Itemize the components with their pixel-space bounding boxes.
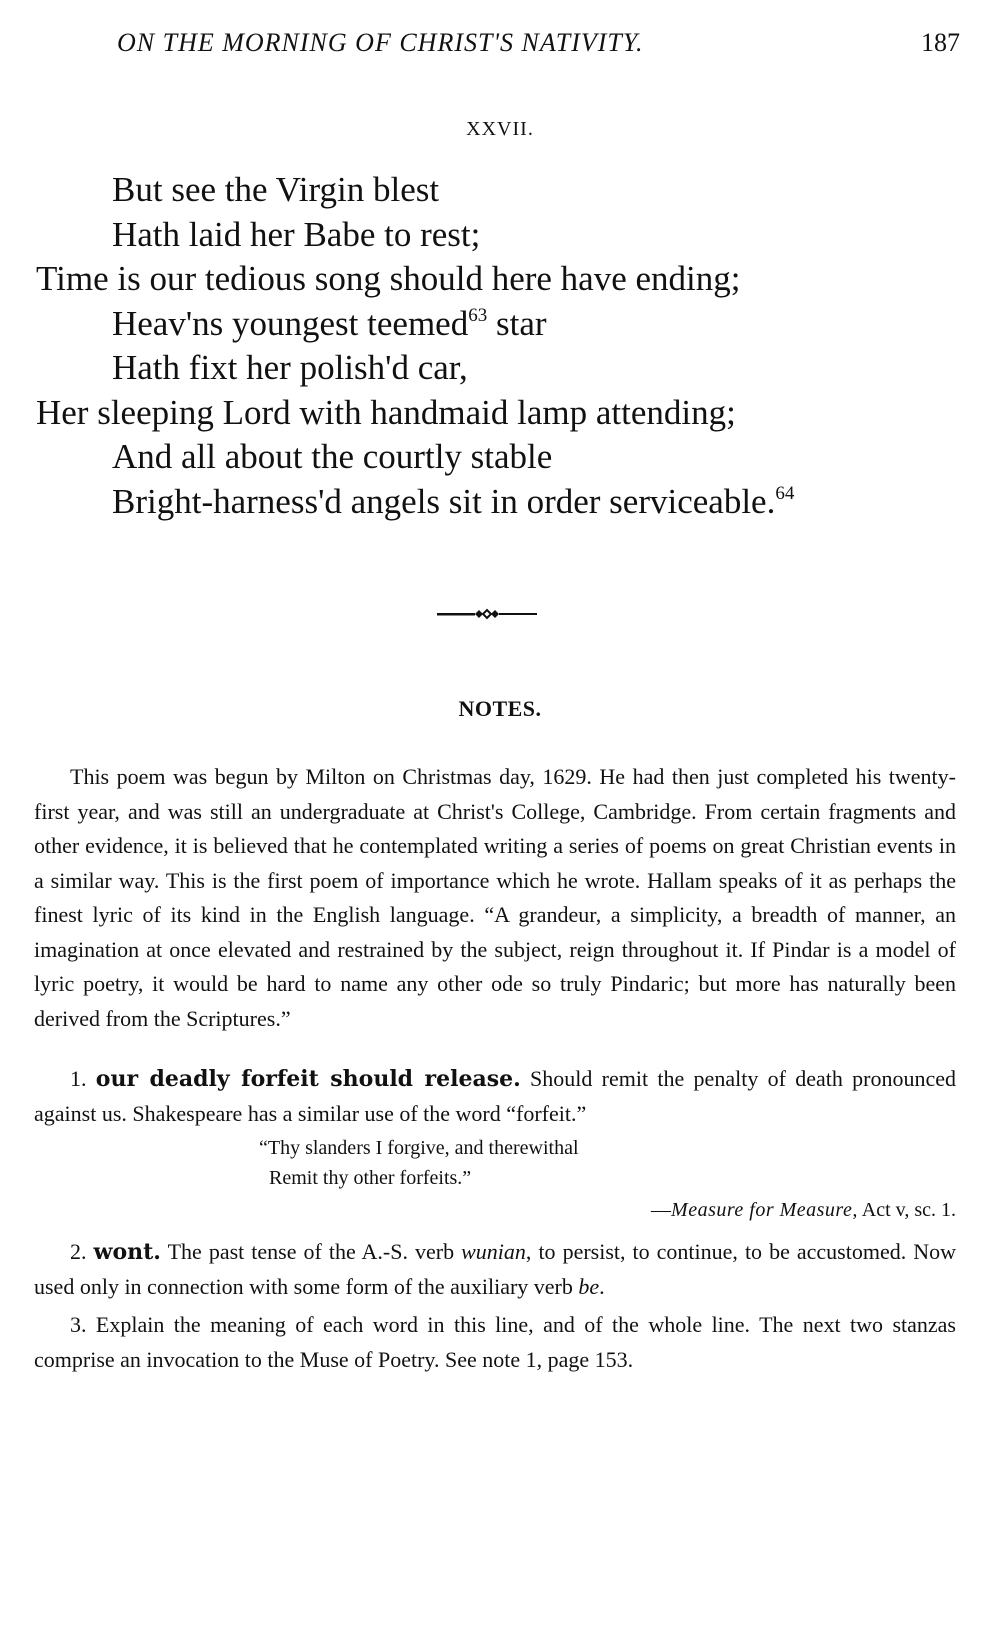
- note-item-3: 3. Explain the meaning of each word in t…: [34, 1308, 956, 1377]
- poem-line: Hath fixt her polish'd car,: [36, 346, 956, 391]
- italic-word: wunian: [461, 1239, 526, 1264]
- footnote-ref: 64: [775, 483, 794, 504]
- quote-line: Remit thy other forfeits.”: [259, 1163, 956, 1193]
- quote-citation: —Measure for Measure, Act v, sc. 1.: [34, 1193, 956, 1227]
- page-number: 187: [921, 28, 960, 58]
- note-number: 3.: [70, 1312, 87, 1337]
- note-item-2: 2. wont. The past tense of the A.-S. ver…: [34, 1235, 956, 1304]
- note-item-1: 1. our deadly forfeit should release. Sh…: [34, 1062, 956, 1131]
- italic-word: be: [578, 1274, 599, 1299]
- note-number: 2.: [70, 1239, 87, 1264]
- poem-stanza: But see the Virgin blest Hath laid her B…: [36, 168, 956, 524]
- note-term: wont.: [94, 1239, 161, 1265]
- notes-intro: This poem was begun by Milton on Christm…: [34, 760, 956, 1036]
- diamond-rule-ornament-icon: [437, 608, 537, 620]
- quote-line: “Thy slanders I forgive, and therewithal: [259, 1133, 956, 1163]
- line-text: Heav'ns youngest teemed: [112, 304, 468, 343]
- poem-line: Time is our tedious song should here hav…: [36, 257, 956, 302]
- poem-line: Heav'ns youngest teemed63 star: [36, 302, 956, 347]
- note-term: our deadly forfeit should release.: [96, 1066, 521, 1092]
- footnote-ref: 63: [468, 305, 487, 326]
- stanza-number: XXVII.: [0, 118, 1000, 141]
- running-title: ON THE MORNING OF CHRIST'S NATIVITY.: [117, 28, 957, 58]
- poem-line: But see the Virgin blest: [36, 168, 956, 213]
- poem-line: Hath laid her Babe to rest;: [36, 213, 956, 258]
- note-number: 1.: [70, 1066, 87, 1091]
- poem-line: Bright-harness'd angels sit in order ser…: [36, 480, 956, 525]
- poem-line: Her sleeping Lord with handmaid lamp att…: [36, 391, 956, 436]
- citation-title: Measure for Measure,: [671, 1199, 858, 1221]
- citation-ref: Act v, sc. 1.: [858, 1199, 956, 1221]
- notes-section: This poem was begun by Milton on Christm…: [34, 760, 956, 1377]
- line-text: Bright-harness'd angels sit in order ser…: [112, 482, 775, 521]
- poem-line: And all about the courtly stable: [36, 435, 956, 480]
- note-text: Explain the meaning of each word in this…: [34, 1312, 956, 1372]
- shakespeare-quote: “Thy slanders I forgive, and therewithal…: [34, 1133, 956, 1193]
- line-text: star: [487, 304, 546, 343]
- notes-heading: NOTES.: [0, 696, 1000, 722]
